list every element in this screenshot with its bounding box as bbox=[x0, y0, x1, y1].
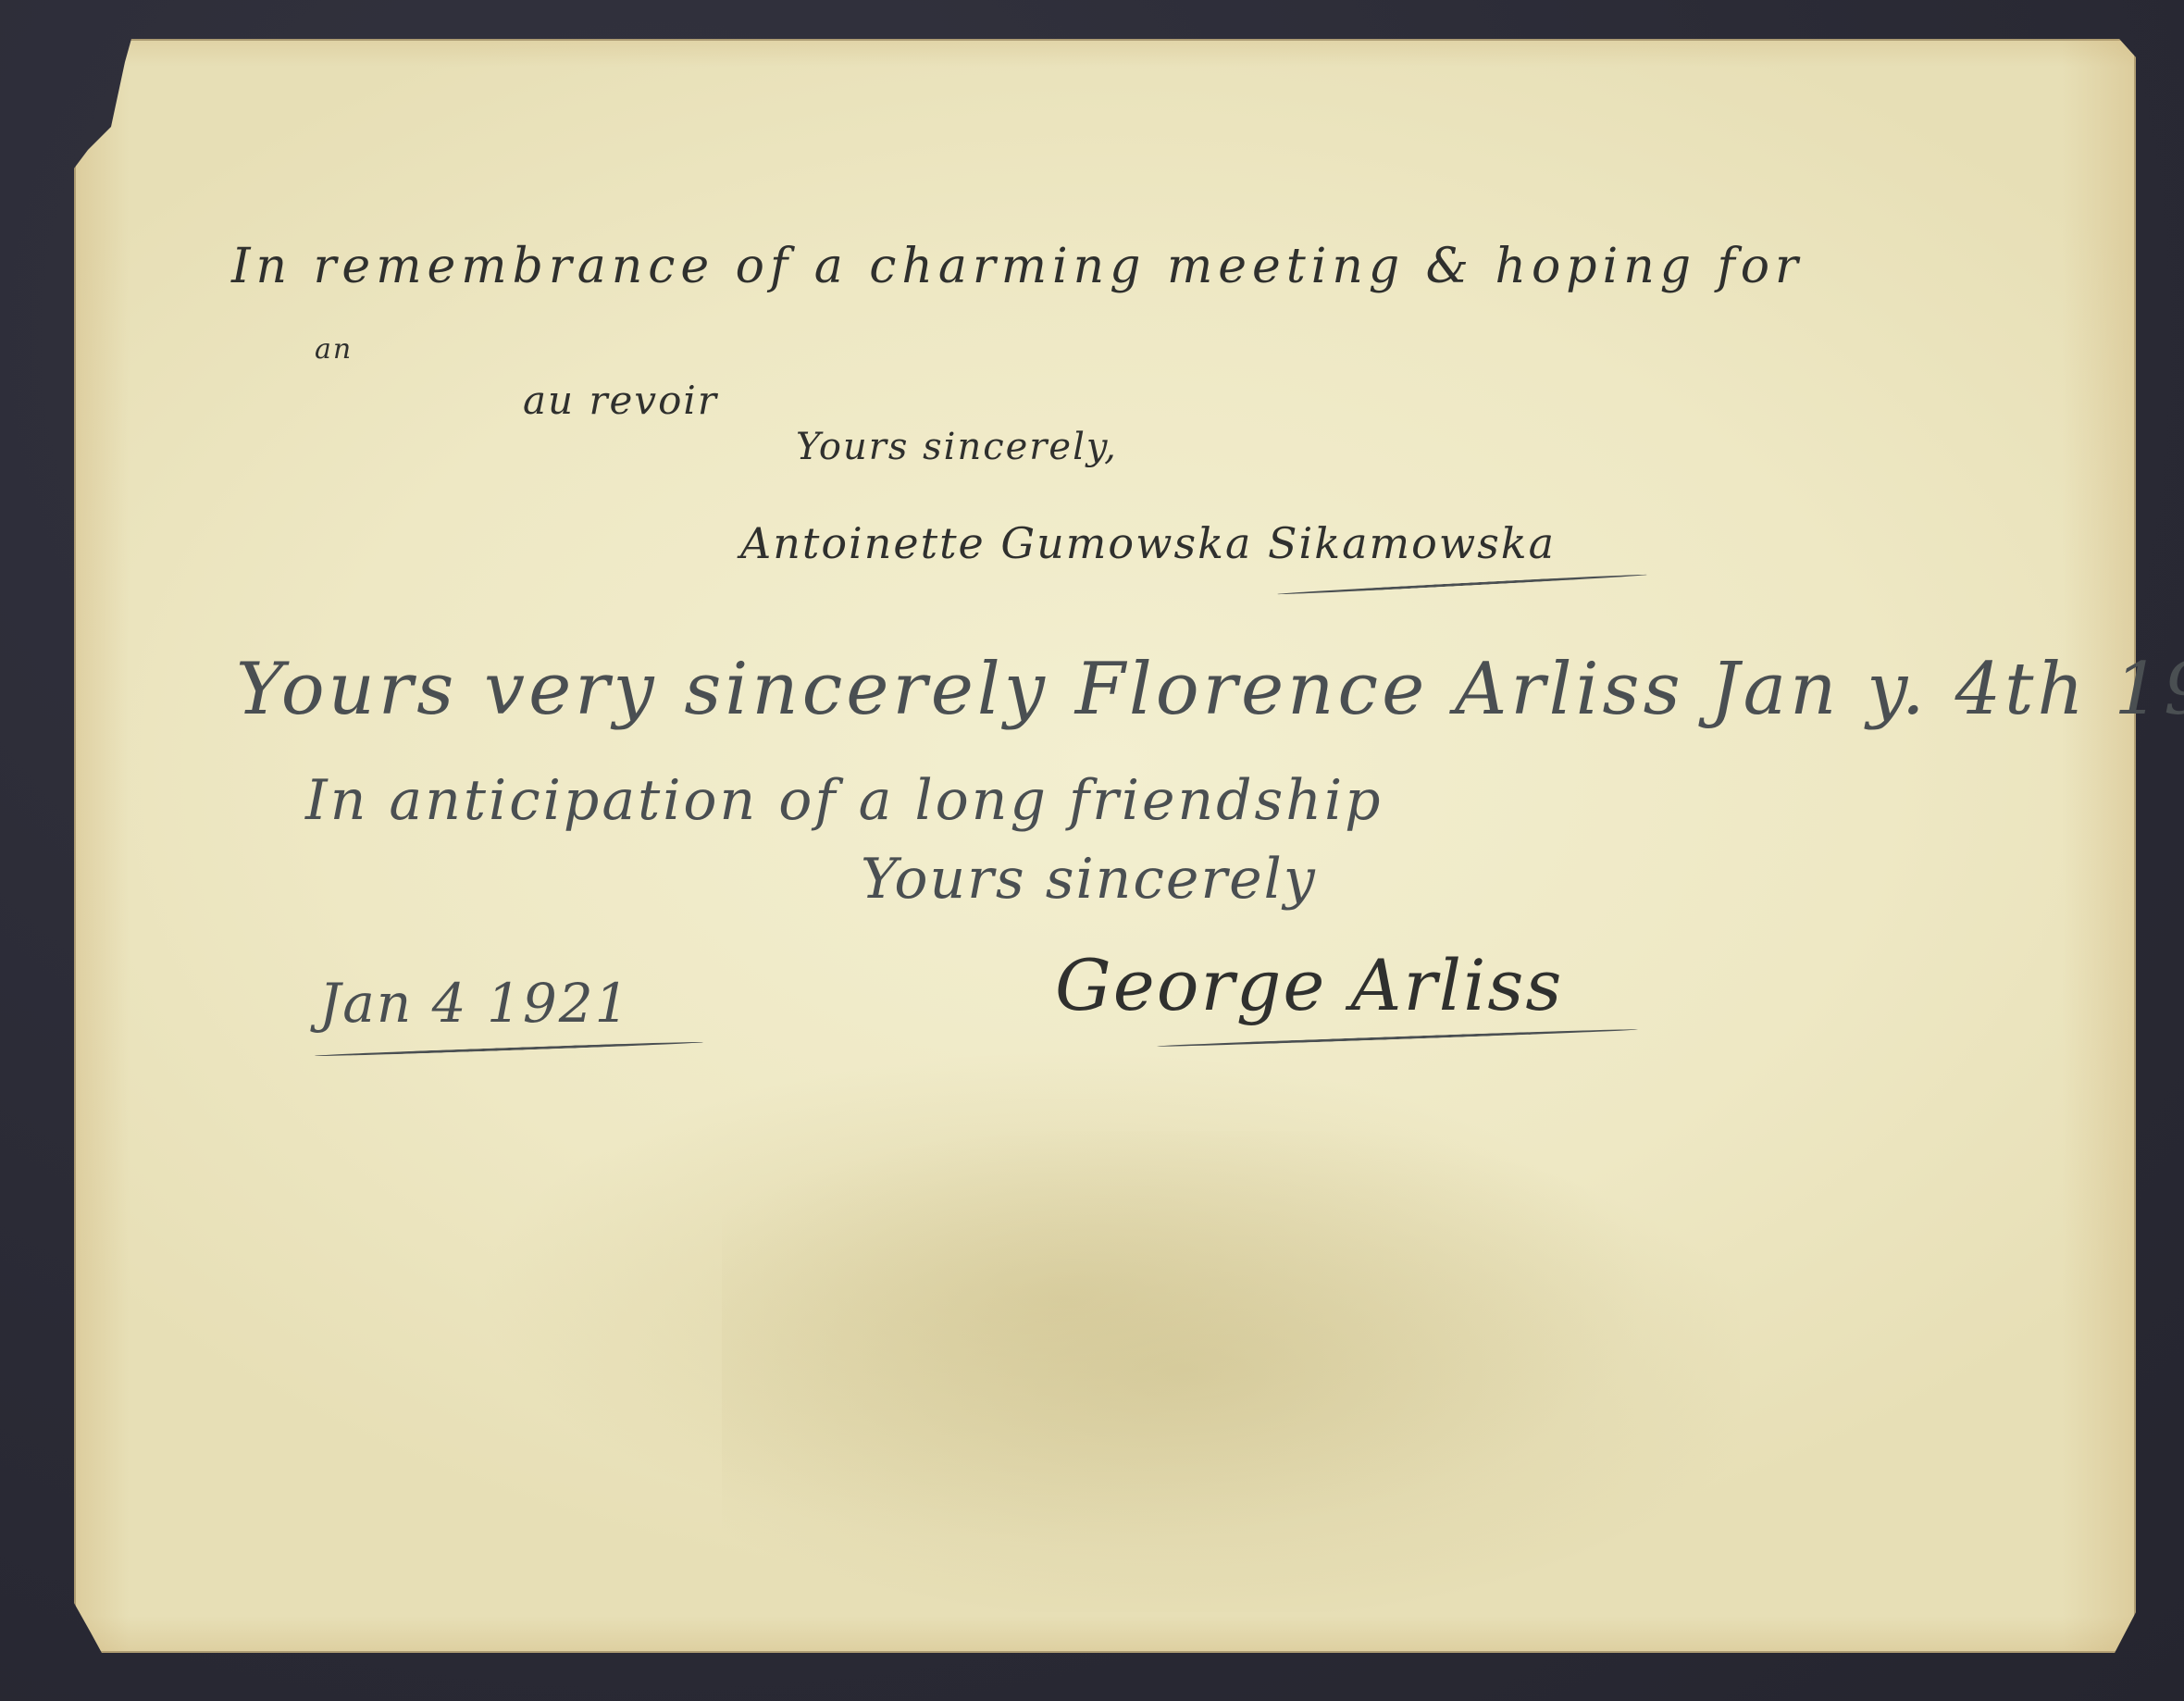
entry-1-line-3: au revoir bbox=[523, 378, 718, 423]
entry-2-text: Yours very sincerely Florence Arliss Jan… bbox=[236, 648, 2184, 731]
entry-3-closing: Yours sincerely bbox=[861, 847, 1317, 912]
entry-1-closing: Yours sincerely, bbox=[796, 426, 1118, 468]
water-stain bbox=[722, 1131, 1740, 1612]
entry-1-signature: Antoinette Gumowska Sikamowska bbox=[740, 518, 1556, 568]
entry-1-line-1: In remembrance of a charming meeting & h… bbox=[231, 239, 1804, 294]
entry-1-line-2: an bbox=[315, 333, 353, 366]
entry-3-date: Jan 4 1921 bbox=[319, 972, 631, 1035]
entry-3-line-1: In anticipation of a long friendship bbox=[305, 768, 1384, 833]
entry-3-signature: George Arliss bbox=[1055, 944, 1563, 1026]
